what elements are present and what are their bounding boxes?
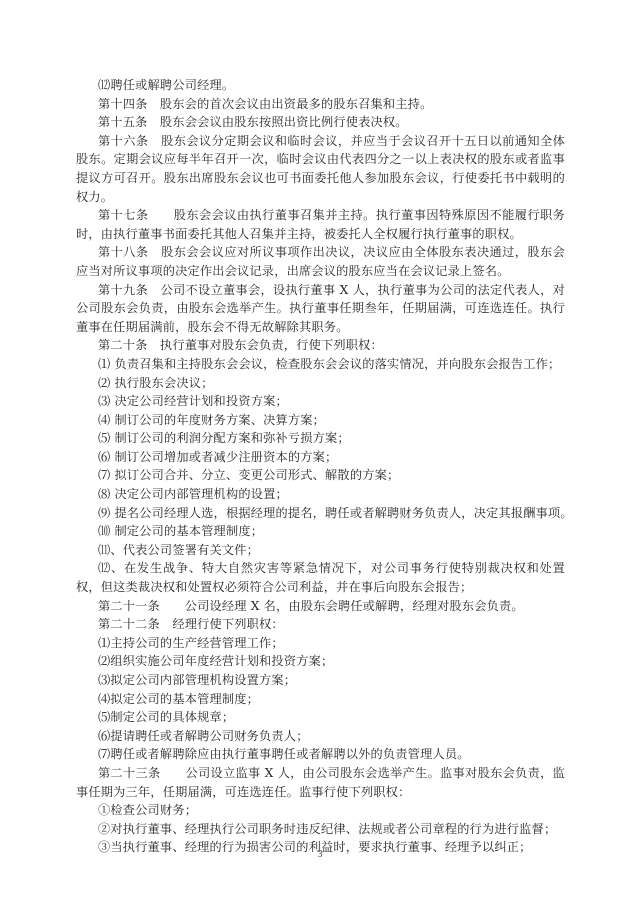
list-item: ⑷拟定公司的基本管理制度； [76, 690, 565, 709]
document-page: ⑿聘任或解聘公司经理。 第十四条 股东会的首次会议由出资最多的股东召集和主持。 … [0, 0, 640, 905]
article-23: 第二十三条 公司设立监事 X 人，由公司股东会选举产生。监事对股东会负责，监事任… [76, 764, 565, 801]
list-item: ⑸制定公司的具体规章； [76, 708, 565, 727]
list-item: ⑷ 制订公司的年度财务方案、决算方案； [76, 411, 565, 430]
article-16: 第十六条 股东会议分定期会议和临时会议，并应当于会议召开十五日以前通知全体股东。… [76, 132, 565, 206]
list-item: ⑿、在发生战争、特大自然灾害等紧急情况下，对公司事务行使特别裁决权和处置权，但这… [76, 559, 565, 596]
list-item: ⑴ 负责召集和主持股东会会议，检查股东会会议的落实情况，并向股东会报告工作； [76, 355, 565, 374]
document-body: ⑿聘任或解聘公司经理。 第十四条 股东会的首次会议由出资最多的股东召集和主持。 … [76, 76, 565, 857]
list-item: ①检查公司财务； [76, 801, 565, 820]
article-21: 第二十一条 公司设经理 X 名，由股东会聘任或解聘，经理对股东会负责。 [76, 597, 565, 616]
list-item: ⑾、代表公司签署有关文件； [76, 541, 565, 560]
list-item: ⑹提请聘任或者解聘公司财务负责人； [76, 727, 565, 746]
list-item: ⑼ 提名公司经理人选，根据经理的提名，聘任或者解聘财务负责人，决定其报酬事项。 [76, 504, 565, 523]
article-22: 第二十二条 经理行使下列职权： [76, 615, 565, 634]
article-17: 第十七条 股东会会议由执行董事召集并主持。执行董事因特殊原因不能履行职务时，由执… [76, 206, 565, 243]
list-item: ⑽ 制定公司的基本管理制度； [76, 522, 565, 541]
page-number: 3 [0, 849, 640, 860]
list-item: ⑶拟定公司内部管理机构设置方案； [76, 671, 565, 690]
list-item: ⑶ 决定公司经营计划和投资方案； [76, 392, 565, 411]
article-19: 第十九条 公司不设立董事会，设执行董事 X 人，执行董事为公司的法定代表人，对公… [76, 281, 565, 337]
list-item: ⑻ 决定公司内部管理机构的设置； [76, 485, 565, 504]
article-14: 第十四条 股东会的首次会议由出资最多的股东召集和主持。 [76, 95, 565, 114]
article-18: 第十八条 股东会会议应对所议事项作出决议，决议应由全体股东表决通过，股东会应当对… [76, 243, 565, 280]
list-item: ⑺ 拟订公司合并、分立、变更公司形式、解散的方案； [76, 466, 565, 485]
article-20: 第二十条 执行董事对股东会负责，行使下列职权： [76, 336, 565, 355]
list-item: ⑺聘任或者解聘除应由执行董事聘任或者解聘以外的负责管理人员。 [76, 745, 565, 764]
list-item: ⑸ 制订公司的利润分配方案和弥补亏损方案； [76, 429, 565, 448]
list-item: ⑴主持公司的生产经营管理工作； [76, 634, 565, 653]
article-15: 第十五条 股东会会议由股东按照出资比例行使表决权。 [76, 113, 565, 132]
list-item: ②对执行董事、经理执行公司职务时违反纪律、法规或者公司章程的行为进行监督； [76, 820, 565, 839]
list-item: ⑵ 执行股东会决议； [76, 374, 565, 393]
list-item-12: ⑿聘任或解聘公司经理。 [76, 76, 565, 95]
list-item: ⑹ 制订公司增加或者减少注册资本的方案； [76, 448, 565, 467]
list-item: ⑵组织实施公司年度经营计划和投资方案； [76, 652, 565, 671]
